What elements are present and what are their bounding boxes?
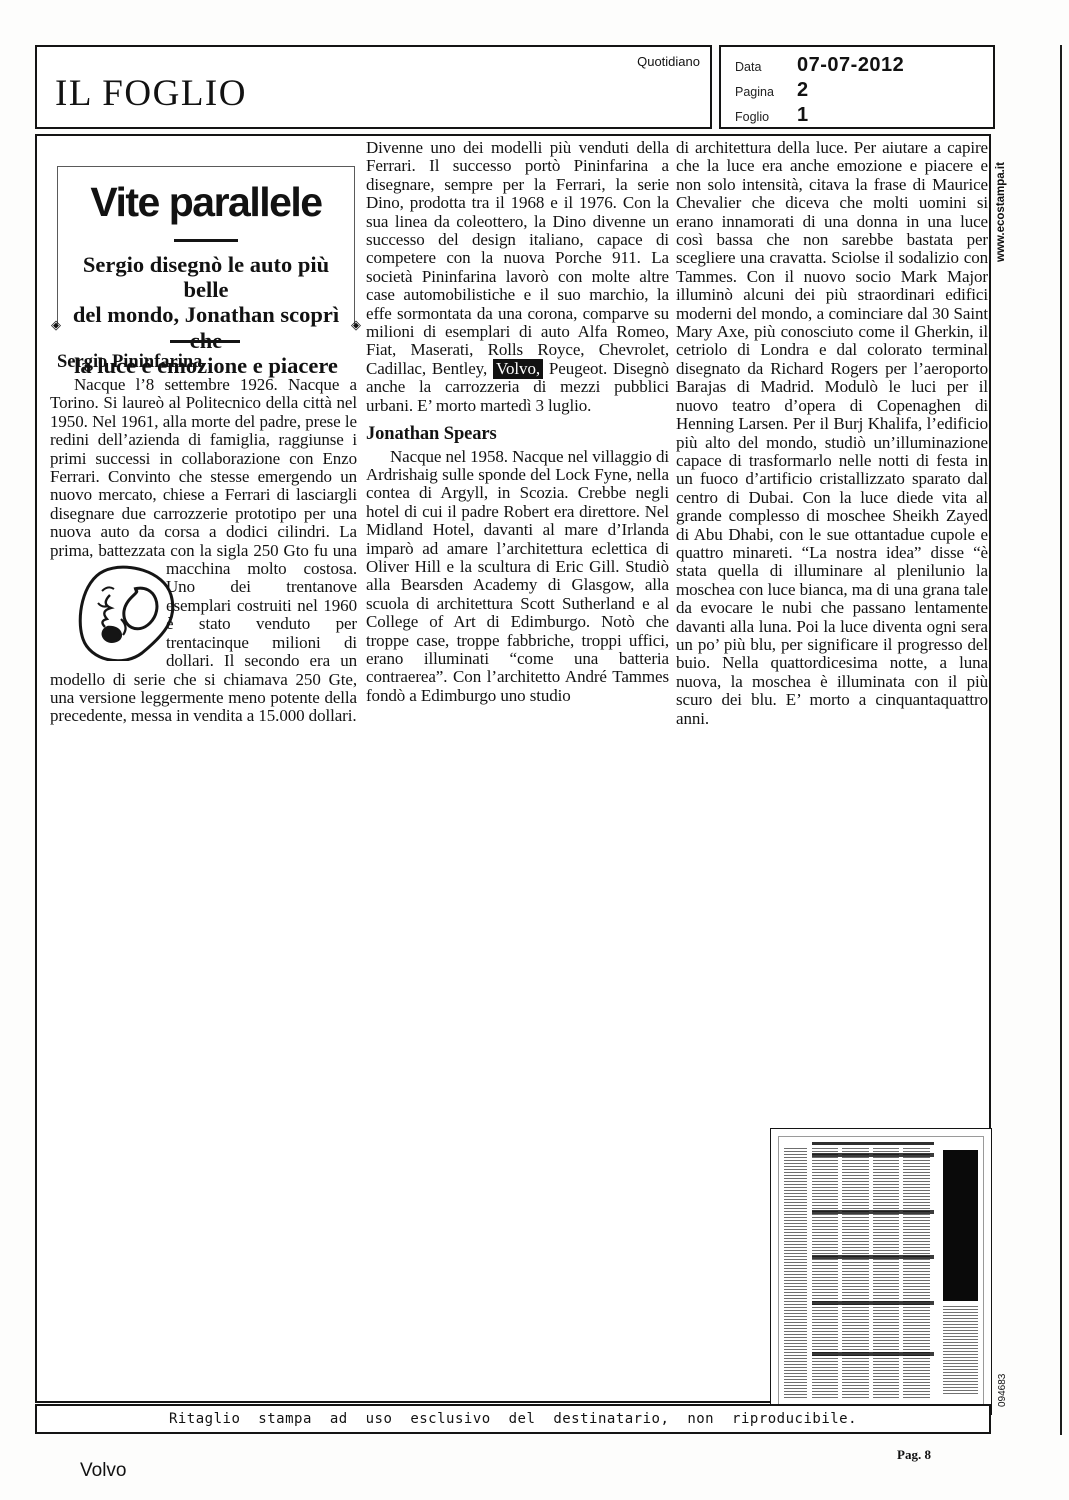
clipping-meta-box: Data 07-07-2012 Pagina 2 Foglio 1 [719,45,995,129]
client-name: Volvo [80,1460,126,1482]
volvo-highlight: Volvo, [493,359,543,379]
col1-paragraph: Nacque l’8 settembre 1926. Nacque a Tori… [50,376,357,726]
page-value: 2 [797,79,809,102]
meta-row-page: Pagina 2 [735,79,993,104]
thumbnail-highlighted-article [943,1150,978,1301]
meta-row-sheet: Foglio 1 [735,104,993,129]
press-clipping-page: { "header": { "publication": "IL FOGLIO"… [0,0,1069,1500]
col2-paragraph-1: Divenne uno dei modelli più venduti dell… [366,139,669,415]
masthead-box: IL FOGLIO Quotidiano [35,45,712,129]
thumbnail-headline-band [812,1255,934,1259]
subtitle-divider [170,340,240,343]
thumbnail-column [842,1148,869,1398]
article-title: Vite parallele [58,179,354,226]
col3-paragraph: di architettura della luce. Per aiutare … [676,139,988,728]
scan-edge-line [1060,45,1062,1435]
col1-text-before-sketch: Nacque l’8 settembre 1926. Nacque a Tori… [50,375,357,560]
column-1: Nacque l’8 settembre 1926. Nacque a Tori… [50,376,357,726]
thumbnail-headline-band [812,1301,934,1305]
clip-code: 094683 [997,1363,1008,1407]
thumbnail-masthead-line [812,1142,934,1145]
col2-paragraph-2: Nacque nel 1958. Nacque nel villaggio di… [366,448,669,706]
col2-text-part1: Divenne uno dei modelli più venduti dell… [366,138,669,378]
sheet-label: Foglio [735,110,797,124]
date-value: 07-07-2012 [797,54,904,77]
ritaglio-notice: Ritaglio stampa ad uso esclusivo del des… [35,1404,991,1434]
thumbnail-headline-band [812,1352,934,1356]
ornament-diamond-left: ◈ [51,318,61,331]
source-page-thumbnail [770,1128,992,1415]
column-3: di architettura della luce. Per aiutare … [676,139,988,751]
thumbnail-column [903,1148,930,1398]
thumbnail-headline-band [812,1153,934,1157]
scribble-illustration [50,563,156,661]
section-heading-spears: Jonathan Spears [366,425,669,443]
meta-row-date: Data 07-07-2012 [735,54,993,79]
title-divider [174,239,238,242]
ornament-diamond-right: ◈ [351,318,361,331]
section-heading-pininfarina: Sergio Pininfarina [57,352,202,373]
date-label: Data [735,60,797,74]
thumbnail-column [943,1306,978,1395]
thumbnail-column [812,1148,839,1398]
frequency-label: Quotidiano [637,54,700,69]
page-label: Pagina [735,85,797,99]
page-reference: Pag. 8 [897,1447,931,1463]
thumbnail-page [778,1136,984,1407]
thumbnail-column [873,1148,900,1398]
thumbnail-headline-band [812,1210,934,1214]
publication-name: IL FOGLIO [55,72,247,115]
thumbnail-column [784,1148,806,1398]
headline-box: Vite parallele Sergio disegnò le auto pi… [57,166,355,324]
sheet-value: 1 [797,104,809,127]
ecostampa-watermark: www.ecostampa.it [995,142,1007,262]
column-2: Divenne uno dei modelli più venduti dell… [366,139,669,705]
